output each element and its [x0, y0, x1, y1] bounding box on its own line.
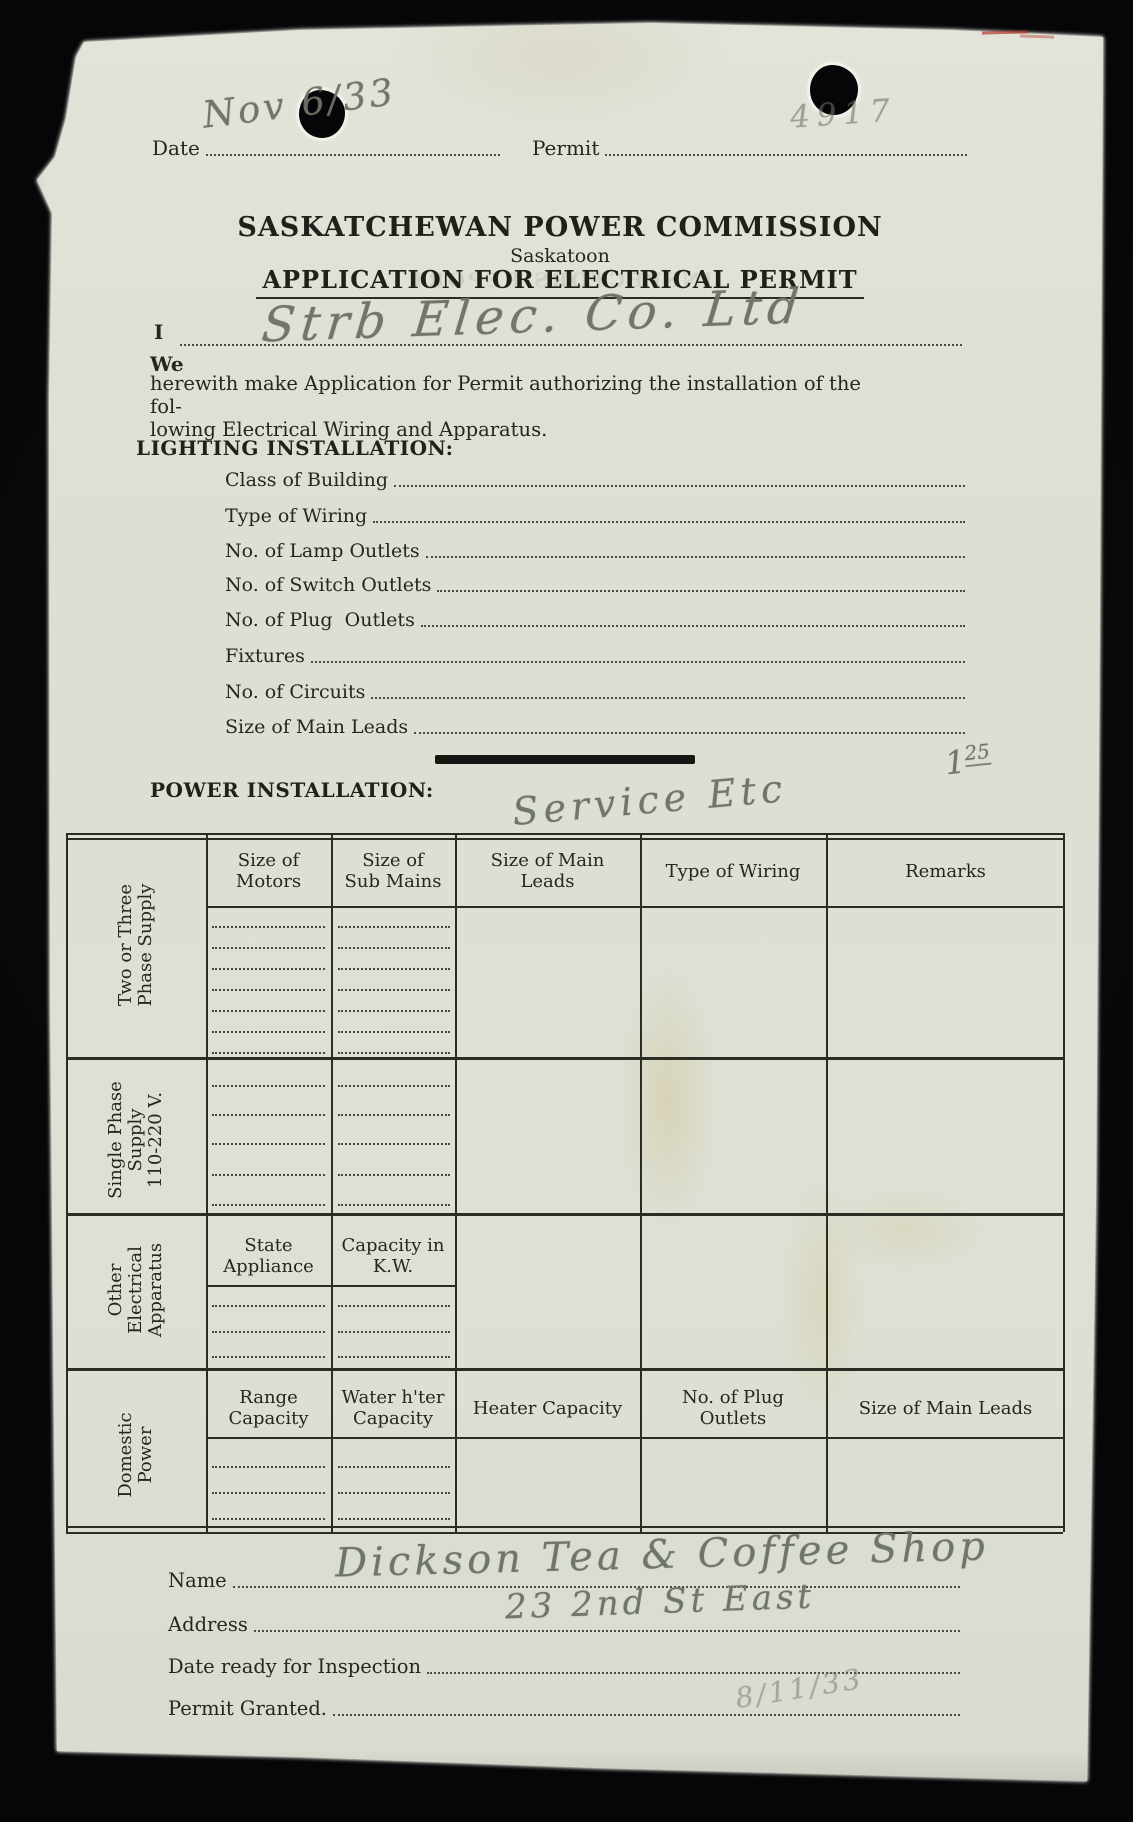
lighting-field-5: Fixtures — [225, 645, 967, 667]
domestic-subheader-1: Water h'ter Capacity — [331, 1382, 455, 1434]
table-horizontal-rule — [206, 1437, 1065, 1439]
table-dotted-cell — [212, 1190, 325, 1206]
table-dotted-cell — [212, 1100, 325, 1116]
lighting-field-label: No. of Lamp Outlets — [225, 540, 420, 562]
lighting-field-1: Type of Wiring — [225, 505, 967, 527]
table-dotted-cell — [338, 933, 450, 949]
table-dotted-cell — [338, 1452, 450, 1468]
permit-granted-field-row: Permit Granted. — [168, 1696, 962, 1720]
table-dotted-cell — [338, 1342, 450, 1358]
table-dotted-cell — [338, 1190, 450, 1206]
pronoun-i: I — [154, 320, 163, 344]
table-dotted-cell — [212, 996, 325, 1012]
table-dotted-cell — [212, 912, 325, 928]
organization-title: SASKATCHEWAN POWER COMMISSION — [160, 212, 960, 243]
dotted-fill-line — [414, 732, 965, 734]
apparatus-subheader-0: State Appliance — [206, 1231, 331, 1281]
table-dotted-cell — [338, 975, 450, 991]
permit-dotted-line — [605, 154, 967, 156]
dotted-fill-line — [426, 556, 965, 558]
table-dotted-cell — [338, 1129, 450, 1145]
permit-granted-label: Permit Granted. — [168, 1697, 327, 1720]
table-dotted-cell — [212, 1038, 325, 1054]
scanned-document-photo: Date Permit Nov 6/33 4917 SASKATCHEWAN P… — [0, 0, 1133, 1822]
table-column-header-1: Size of Sub Mains — [331, 843, 455, 899]
date-dotted-line — [206, 154, 500, 156]
table-column-header-2: Size of Main Leads — [455, 843, 640, 899]
organization-city: Saskatoon — [160, 245, 960, 267]
table-dotted-cell — [212, 1317, 325, 1333]
section-label-0: Two or Three Phase Supply — [116, 835, 156, 1055]
table-dotted-cell — [338, 1291, 450, 1307]
domestic-subheader-0: Range Capacity — [206, 1382, 331, 1434]
dotted-fill-line — [394, 485, 965, 487]
name-label: Name — [168, 1569, 227, 1592]
lighting-field-label: No. of Circuits — [225, 681, 365, 703]
lighting-field-2: No. of Lamp Outlets — [225, 540, 967, 562]
fee-handwriting: 125 — [943, 740, 992, 783]
permit-field-row: Permit — [532, 128, 969, 160]
table-column-header-3: Type of Wiring — [640, 843, 826, 899]
declaration-paragraph: herewith make Application for Permit aut… — [150, 372, 880, 441]
dotted-fill-line — [421, 625, 965, 627]
table-horizontal-rule — [206, 1285, 455, 1287]
address-dotted-line — [254, 1630, 960, 1632]
table-dotted-cell — [212, 933, 325, 949]
table-horizontal-rule — [66, 833, 1065, 835]
domestic-subheader-4: Size of Main Leads — [826, 1382, 1065, 1434]
table-horizontal-rule — [66, 1368, 1065, 1371]
table-dotted-cell — [338, 1504, 450, 1520]
table-horizontal-rule — [66, 1057, 1065, 1060]
lighting-field-0: Class of Building — [225, 469, 967, 491]
table-column-header-4: Remarks — [826, 843, 1065, 899]
lighting-field-label: Class of Building — [225, 469, 388, 491]
power-section-heading: POWER INSTALLATION: — [150, 778, 434, 802]
table-column-header-0: Size of Motors — [206, 843, 331, 899]
table-dotted-cell — [338, 912, 450, 928]
table-dotted-cell — [338, 1017, 450, 1033]
dotted-fill-line — [437, 590, 965, 592]
domestic-subheader-2: Heater Capacity — [455, 1382, 640, 1434]
permit-number-handwriting: 4917 — [789, 92, 898, 135]
dotted-fill-line — [371, 697, 965, 699]
power-installation-table: Size of MotorsSize of Sub MainsSize of M… — [66, 833, 1065, 1532]
table-dotted-cell — [212, 975, 325, 991]
table-dotted-cell — [212, 954, 325, 970]
table-dotted-cell — [212, 1452, 325, 1468]
table-dotted-cell — [212, 1071, 325, 1087]
table-dotted-cell — [338, 1160, 450, 1176]
table-dotted-cell — [338, 954, 450, 970]
lighting-section-heading: LIGHTING INSTALLATION: — [136, 436, 454, 460]
table-horizontal-rule — [66, 838, 1065, 840]
lighting-field-4: No. of Plug Outlets — [225, 609, 967, 631]
table-dotted-cell — [212, 1129, 325, 1145]
dotted-fill-line — [311, 661, 965, 663]
permit-label: Permit — [532, 136, 599, 160]
lighting-field-6: No. of Circuits — [225, 681, 967, 703]
inspection-dotted-line — [427, 1672, 960, 1674]
table-vertical-rule — [66, 833, 68, 1532]
lighting-field-label: No. of Plug Outlets — [225, 609, 415, 631]
lighting-field-label: Fixtures — [225, 645, 305, 667]
table-dotted-cell — [338, 996, 450, 1012]
domestic-subheader-3: No. of Plug Outlets — [640, 1382, 826, 1434]
table-dotted-cell — [338, 1478, 450, 1494]
table-dotted-cell — [338, 1100, 450, 1116]
inspection-date-label: Date ready for Inspection — [168, 1655, 421, 1678]
apparatus-subheader-1: Capacity in K.W. — [331, 1231, 455, 1281]
table-dotted-cell — [212, 1478, 325, 1494]
lighting-field-label: No. of Switch Outlets — [225, 574, 431, 596]
table-dotted-cell — [212, 1291, 325, 1307]
address-label: Address — [168, 1613, 248, 1636]
blacked-out-bar — [435, 755, 695, 764]
permit-granted-dotted-line — [333, 1714, 960, 1716]
lighting-field-label: Size of Main Leads — [225, 716, 408, 738]
table-dotted-cell — [212, 1504, 325, 1520]
section-label-3: Domestic Power — [116, 1345, 156, 1565]
table-dotted-cell — [212, 1342, 325, 1358]
table-dotted-cell — [338, 1038, 450, 1054]
table-horizontal-rule — [66, 1213, 1065, 1216]
lighting-field-7: Size of Main Leads — [225, 716, 967, 738]
table-horizontal-rule — [206, 906, 1065, 908]
table-dotted-cell — [212, 1017, 325, 1033]
table-dotted-cell — [338, 1317, 450, 1333]
table-dotted-cell — [212, 1160, 325, 1176]
lighting-field-label: Type of Wiring — [225, 505, 367, 527]
date-label: Date — [152, 136, 200, 160]
lighting-field-3: No. of Switch Outlets — [225, 574, 967, 596]
table-dotted-cell — [338, 1071, 450, 1087]
dotted-fill-line — [373, 521, 965, 523]
